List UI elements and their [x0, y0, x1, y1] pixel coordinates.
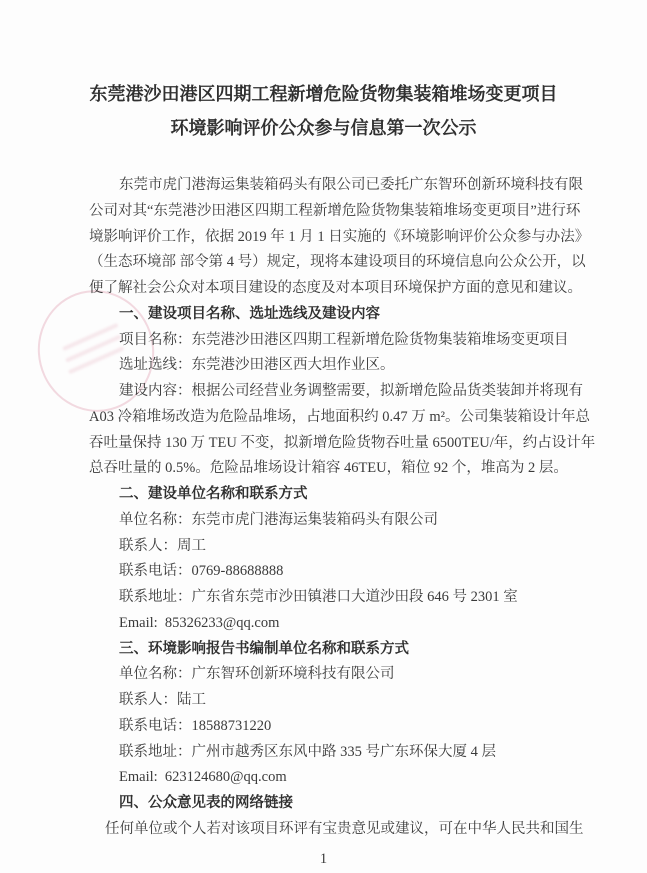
- document-line: 联系人：陆工: [89, 688, 579, 714]
- document-title-line-1: 东莞港沙田港区四期工程新增危险货物集装箱堆场变更项目: [0, 77, 647, 111]
- document-line: 单位名称：广东智环创新环境科技有限公司: [89, 662, 579, 688]
- document-line: 便了解社会公众对本项目建设的态度及对本项目环境保护方面的意见和建议。: [89, 276, 579, 302]
- document-line: 联系地址：广东省东莞市沙田镇港口大道沙田段 646 号 2301 室: [89, 585, 579, 611]
- document-line: 建设内容：根据公司经营业务调整需要，拟新增危险品货类装卸并将现有: [89, 379, 579, 405]
- document-line: 四、公众意见表的网络链接: [89, 791, 579, 817]
- document-line: 境影响评价工作，依据 2019 年 1 月 1 日实施的《环境影响评价公众参与办…: [89, 225, 579, 251]
- document-line: 选址选线：东莞港沙田港区西大坦作业区。: [89, 353, 579, 379]
- document-line: Email: 623124680@qq.com: [89, 765, 579, 791]
- document-line: 单位名称：东莞市虎门港海运集装箱码头有限公司: [89, 508, 579, 534]
- document-line: 三、环境影响报告书编制单位名称和联系方式: [89, 637, 579, 663]
- document-title-line-2: 环境影响评价公众参与信息第一次公示: [0, 111, 647, 145]
- document-title: 东莞港沙田港区四期工程新增危险货物集装箱堆场变更项目 环境影响评价公众参与信息第…: [0, 77, 647, 145]
- document-line: 联系地址：广州市越秀区东风中路 335 号广东环保大厦 4 层: [89, 740, 579, 766]
- document-line: 联系人：周工: [89, 534, 579, 560]
- document-line: （生态环境部 部令第 4 号）规定，现将本建设项目的环境信息向公众公开，以: [89, 250, 579, 276]
- document-line: 联系电话：0769-88688888: [89, 559, 579, 585]
- document-body: 东莞市虎门港海运集装箱码头有限公司已委托广东智环创新环境科技有限公司对其“东莞港…: [89, 173, 579, 843]
- document-line: A03 冷箱堆场改造为危险品堆场，占地面积约 0.47 万 m²。公司集装箱设计…: [89, 405, 579, 431]
- document-line: 项目名称：东莞港沙田港区四期工程新增危险货物集装箱堆场变更项目: [89, 328, 579, 354]
- page-number: 1: [0, 846, 647, 872]
- document-line: 公司对其“东莞港沙田港区四期工程新增危险货物集装箱堆场变更项目”进行环: [89, 199, 579, 225]
- document-line: 二、建设单位名称和联系方式: [89, 482, 579, 508]
- document-page: 东莞港沙田港区四期工程新增危险货物集装箱堆场变更项目 环境影响评价公众参与信息第…: [0, 0, 647, 873]
- document-line: 东莞市虎门港海运集装箱码头有限公司已委托广东智环创新环境科技有限: [89, 173, 579, 199]
- document-line: 联系电话：18588731220: [89, 714, 579, 740]
- document-line: Email: 85326233@qq.com: [89, 611, 579, 637]
- document-line: 吞吐量保持 130 万 TEU 不变，拟新增危险货物吞吐量 6500TEU/年，…: [89, 431, 579, 457]
- document-line: 一、建设项目名称、选址选线及建设内容: [89, 302, 579, 328]
- document-line: 任何单位或个人若对该项目环评有宝贵意见或建议，可在中华人民共和国生: [89, 817, 579, 843]
- document-line: 总吞吐量的 0.5%。危险品堆场设计箱容 46TEU，箱位 92 个，堆高为 2…: [89, 456, 579, 482]
